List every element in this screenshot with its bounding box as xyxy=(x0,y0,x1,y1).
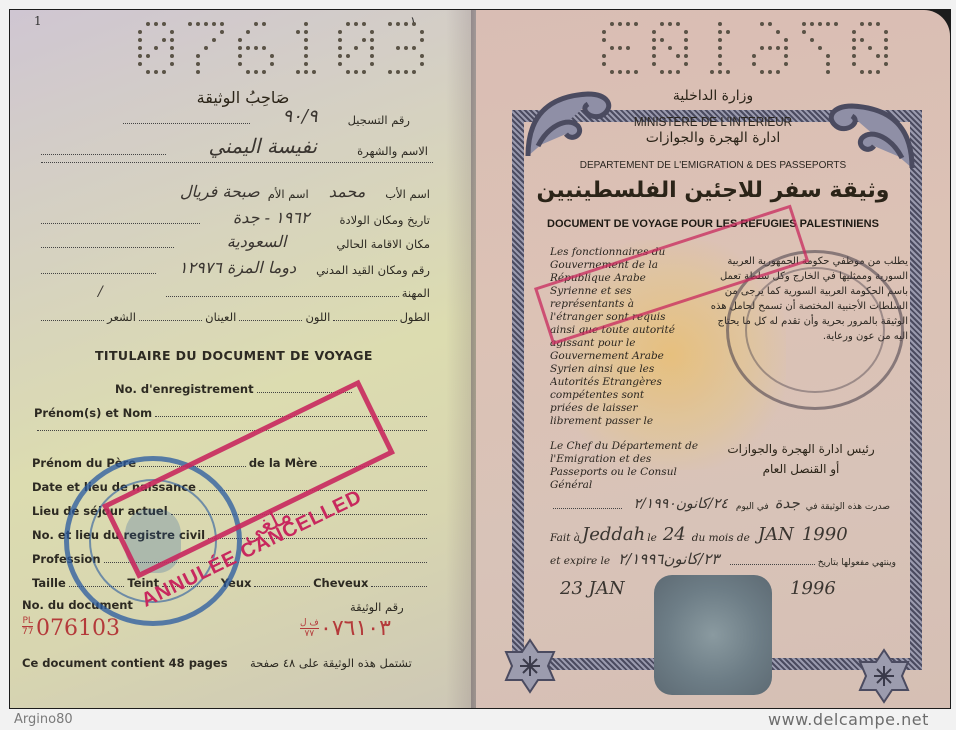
signatory-arabic-2: أو القنصل العام xyxy=(716,462,886,476)
document-spread: 1 ١ صَاحِبُ الوثيقة رقم التسجيل ٩٠/٩ الا… xyxy=(9,9,951,709)
department-arabic: ادارة الهجرة والجوازات xyxy=(476,130,950,146)
doc-series-fr: PL 77 xyxy=(22,616,33,637)
flower-ornament-icon xyxy=(502,638,558,694)
expire-line: et expire le ٢٣/كانون٢/١٩٩٦ وينتهي مفعول… xyxy=(550,550,896,568)
field-physical-ar: الطول اللون العينان الشعر xyxy=(38,310,430,324)
issued-year: 1990 xyxy=(802,524,848,545)
pages-note-fr: Ce document contient 48 pages xyxy=(22,656,228,670)
signatory-french: Le Chef du Département de l'Emigration e… xyxy=(550,440,710,492)
civil-registry-value: دوما المزة ١٢٩٧٦ xyxy=(179,258,296,277)
document-title-arabic: وثيقة سفر للاجئين الفلسطينيين xyxy=(476,178,950,203)
father-name-value: محمد xyxy=(329,182,366,201)
ministry-french: MINISTERE DE L'INTERIEUR xyxy=(500,114,927,129)
issued-french-line: Fait à Jeddah le 24 du mois de JAN 1990 xyxy=(550,524,896,545)
registration-value: ٩٠/٩ xyxy=(283,106,318,127)
pages-note-ar: تشتمل هذه الوثيقة على ٤٨ صفحة xyxy=(250,656,412,670)
right-page: وزارة الداخلية MINISTERE DE L'INTERIEUR … xyxy=(476,10,950,708)
doc-number-label-ar: رقم الوثيقة xyxy=(350,600,404,614)
field-birth-ar: تاريخ ومكان الولادة ١٩٦٢ - جدة xyxy=(38,208,430,227)
french-section-title: TITULAIRE DU DOCUMENT DE VOYAGE xyxy=(95,348,373,363)
issued-month: JAN xyxy=(758,524,794,545)
issued-place: Jeddah xyxy=(582,524,645,545)
field-blank-ar xyxy=(38,162,436,166)
site-watermark[interactable]: www.delcampe.net xyxy=(768,710,929,729)
birth-value: ١٩٦٢ - جدة xyxy=(233,208,310,227)
expire-day-month: 23 JAN xyxy=(550,578,670,599)
document-title-french: DOCUMENT DE VOYAGE POUR LES REFUGIES PAL… xyxy=(476,218,950,230)
field-parents-ar: اسم الأب محمد اسم الأم صبحة فريال xyxy=(18,182,430,201)
security-rosette xyxy=(654,575,772,695)
issued-arabic-line: صدرت هذه الوثيقة في جدة في اليوم ٢٤/كانو… xyxy=(550,494,890,512)
page-number-left: 1 xyxy=(34,14,42,28)
left-page: 1 ١ صَاحِبُ الوثيقة رقم التسجيل ٩٠/٩ الا… xyxy=(10,10,476,708)
field-registration-ar: رقم التسجيل ٩٠/٩ xyxy=(120,106,410,127)
issued-date-arabic: ٢٤/كانون٢/١٩٩٠ xyxy=(633,496,727,512)
signatory-arabic-1: رئيس ادارة الهجرة والجوازات xyxy=(716,442,886,456)
department-french: DEPARTEMENT DE L'EMIGRATION & DES PASSEP… xyxy=(476,160,950,171)
holder-name-value: نفيسة اليمني xyxy=(209,134,318,158)
issued-day: 24 xyxy=(663,524,686,545)
uploader-credit: Argino80 xyxy=(14,712,73,727)
doc-number-fr: 076103 xyxy=(36,616,120,641)
doc-number-ar: ٠٧٦١٠٣ xyxy=(320,616,391,641)
residence-value: السعودية xyxy=(227,232,287,251)
field-name-ar: الاسم والشهرة نفيسة اليمني xyxy=(38,134,428,158)
expire-year: 1996 xyxy=(776,578,876,599)
mother-name-value: صبحة فريال xyxy=(180,182,260,201)
issued-place-arabic: جدة xyxy=(775,494,800,512)
flower-ornament-icon xyxy=(856,648,912,704)
field-residence-ar: مكان الاقامة الحالي السعودية xyxy=(38,232,430,251)
field-civil-registry-ar: رقم ومكان القيد المدني دوما المزة ١٢٩٧٦ xyxy=(38,258,430,277)
field-registration-fr: No. d'enregistrement xyxy=(115,382,355,396)
arabic-section-title: صَاحِبُ الوثيقة xyxy=(10,88,476,107)
field-profession-ar: المهنة / xyxy=(38,284,430,300)
expire-date-arabic: ٢٣/كانون٢/١٩٩٦ xyxy=(618,550,719,568)
doc-series-ar: ف ل ٧٧ xyxy=(300,618,319,639)
ministry-arabic: وزارة الداخلية xyxy=(476,88,950,104)
